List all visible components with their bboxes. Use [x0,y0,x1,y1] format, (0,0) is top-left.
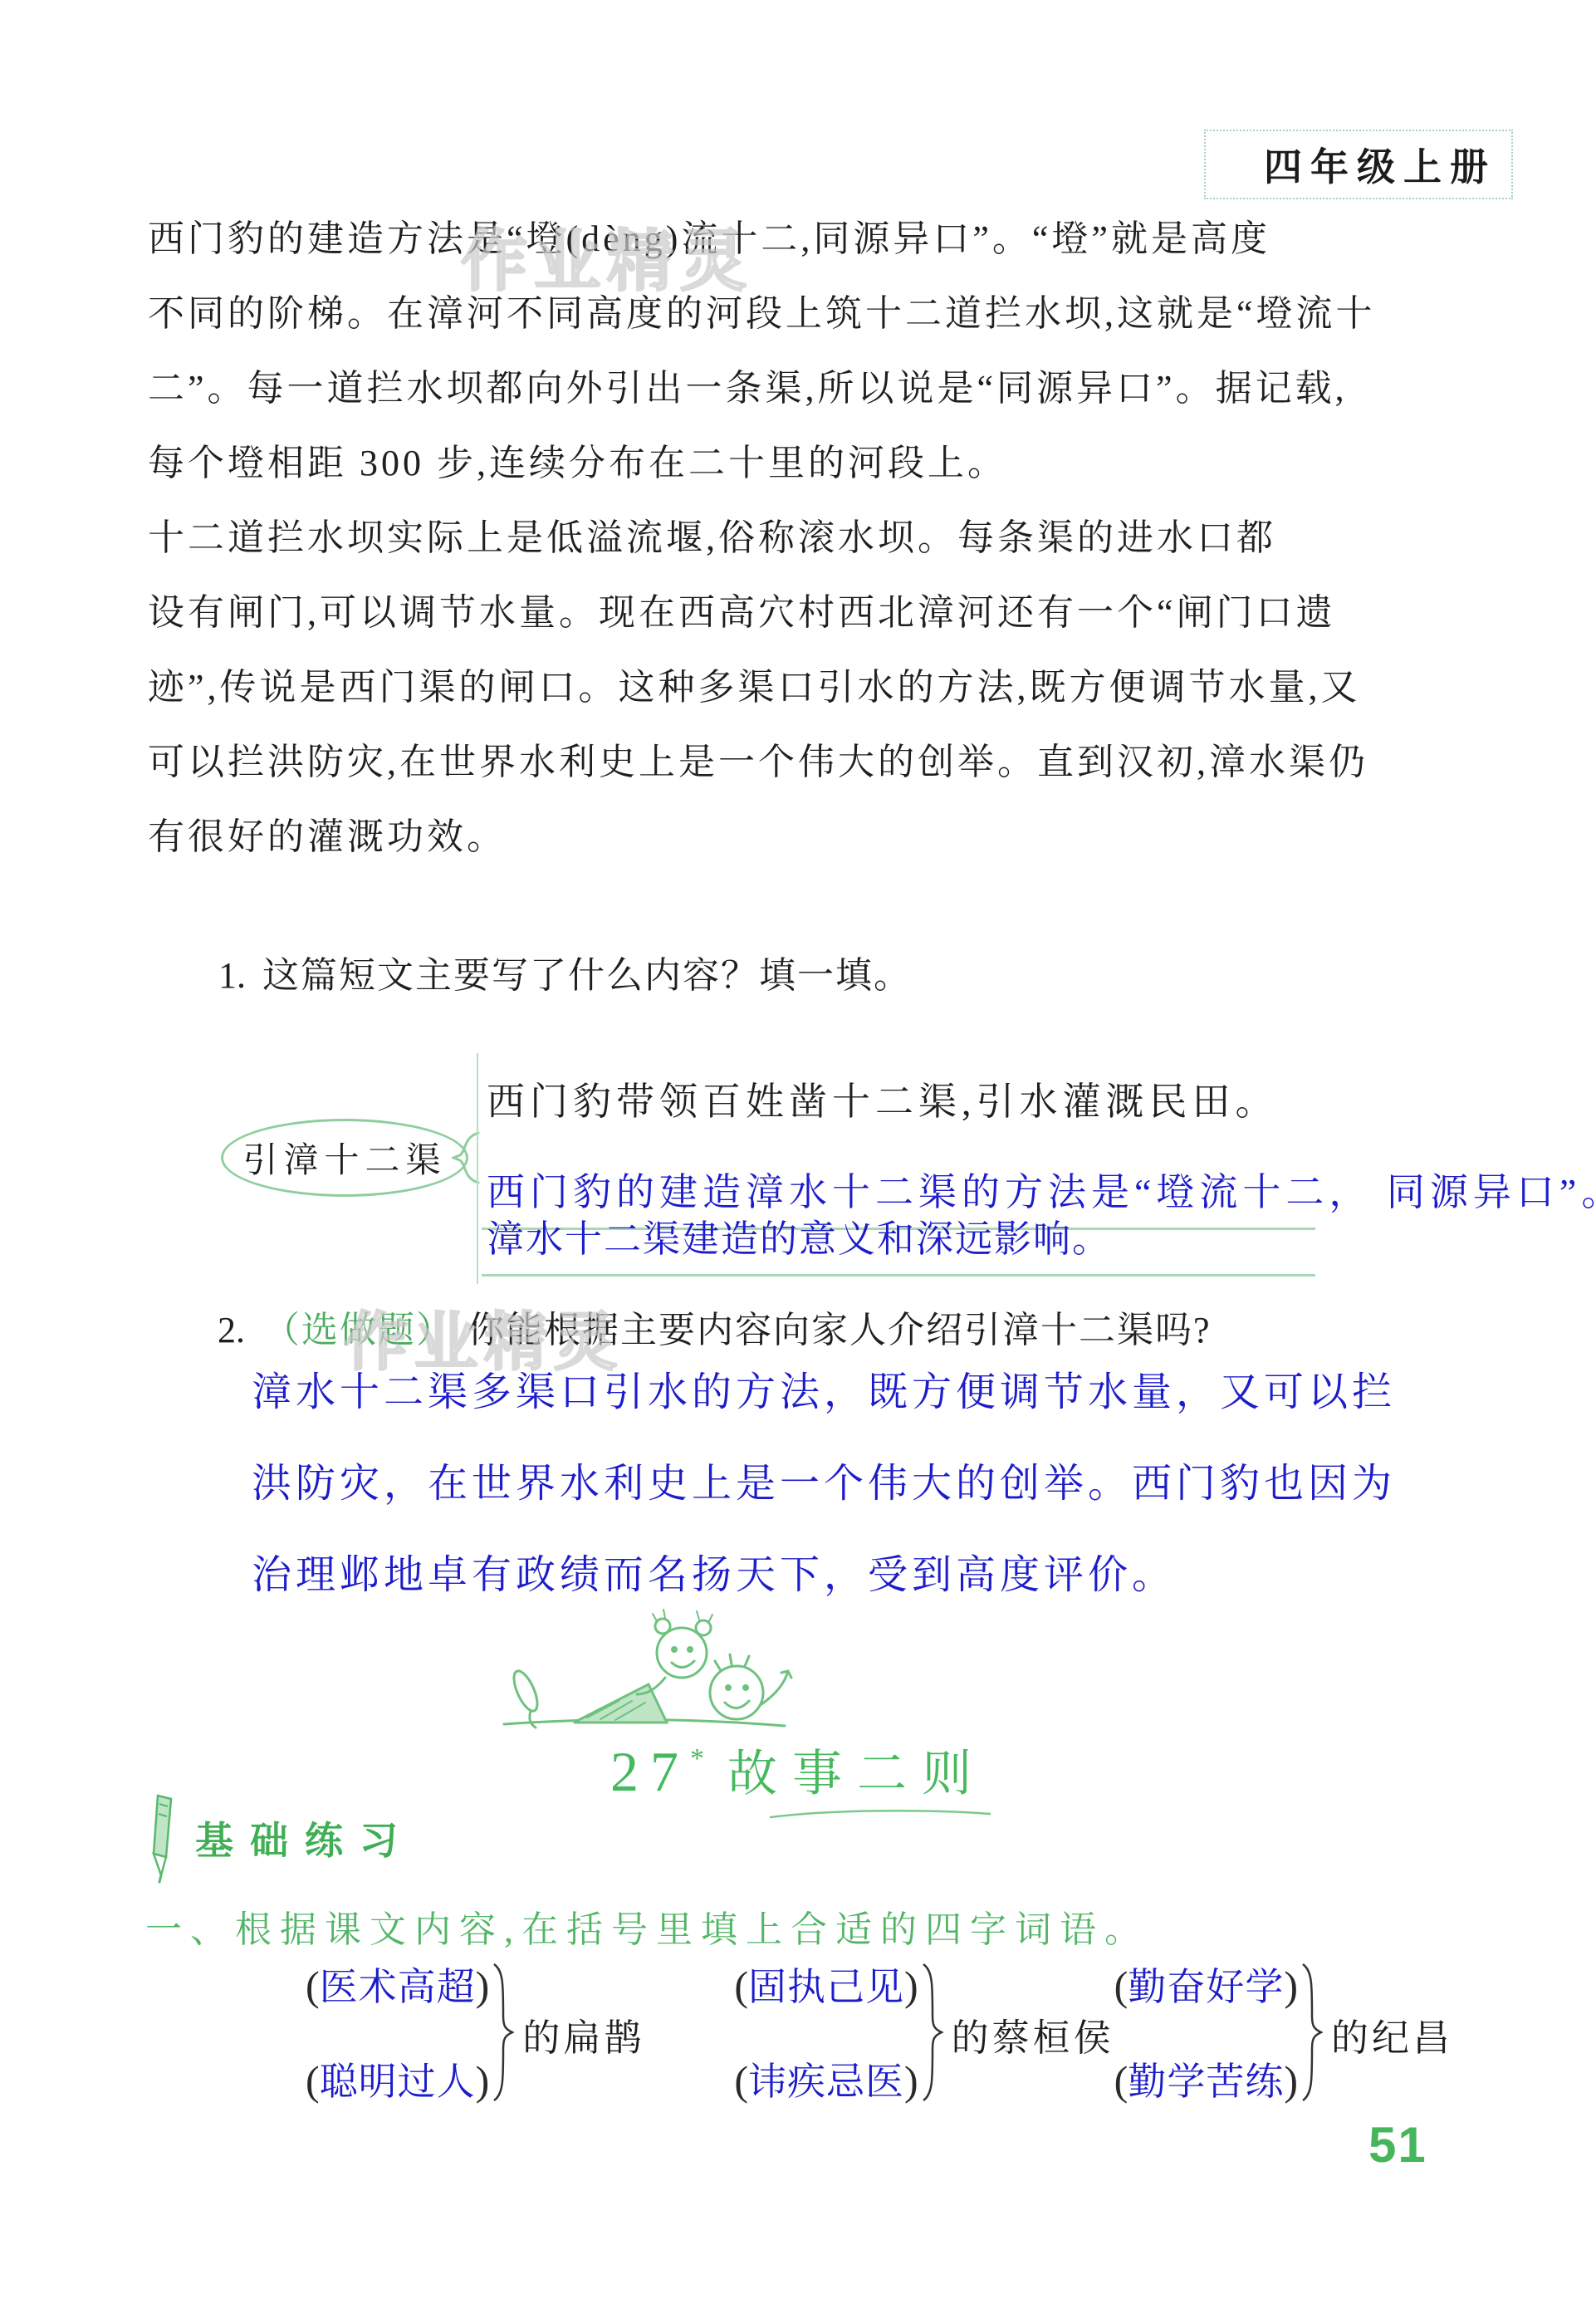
fill-in-words: (固执己见) (讳疾忌医) [734,1964,918,2104]
paren-close: ) [1284,2057,1298,2104]
answer-word: 勤学苦练 [1128,2061,1284,2103]
exercise-1-groups: (医术高超) (聪明过人) 的扁鹊 (固执己见) (讳疾忌医) 的蔡桓侯 [223,1964,1385,2104]
fill-in-word-bottom: (讳疾忌医) [734,2059,918,2104]
header-grade-box: 四年级上册 [1204,130,1513,199]
diagram-row: 西门豹带领百姓凿十二渠,引水灌溉民田。 [487,1079,1558,1125]
paren-close: ) [476,1963,490,2009]
question-2-number: 2. [218,1310,245,1350]
question-1-text: 这篇短文主要写了什么内容？填一填。 [262,955,912,996]
paren-open: ( [1114,2057,1128,2104]
passage-paragraph-1: 西门豹的建造方法是“墱(dèng)流十二,同源异口”。“墱”就是高度不同的阶梯。… [148,202,1376,501]
fill-in-group: (勤奋好学) (勤学苦练) 的纪昌 [1114,1964,1453,2104]
exercise-1-instruction: 一、根据课文内容,在括号里填上合适的四字词语。 [145,1899,1149,1953]
paren-open: ( [734,1963,748,2009]
title-underline-swoosh [769,1807,991,1825]
paren-close: ) [904,1963,918,2009]
right-brace-icon [922,1963,943,2106]
brace-connector-icon [452,1131,480,1188]
answer-word: 勤奋好学 [1128,1966,1284,2008]
lesson-name: 故事二则 [727,1747,986,1801]
diagram-topic-oval: 引漳十二渠 [221,1119,468,1197]
fill-in-words: (勤奋好学) (勤学苦练) [1114,1964,1298,2104]
diagram-row: 西门豹的建造漳水十二渠的方法是“墱流十二， 同源异口”。 [487,1169,1558,1216]
fill-in-word-top: (固执己见) [734,1964,918,2009]
watermark-middle: 作业精灵 [345,1291,624,1382]
passage-line: 不同的阶梯。在漳河不同高度的河段上筑十二道拦水坝,这就是“墱流十 [148,277,1376,351]
lesson-number: 27 [610,1740,690,1803]
answer-line: 洪防灾，在世界水利史上是一个伟大的创举。西门豹也因为 [252,1438,1396,1530]
right-brace-icon [1301,1963,1323,2106]
paren-close: ) [476,2057,490,2104]
fill-in-word-bottom: (勤学苦练) [1114,2059,1298,2104]
passage-line: 每个墱相距 300 步,连续分布在二十里的河段上。 [148,426,1376,501]
passage-line: 有很好的灌溉功效。 [148,800,1368,875]
right-brace-icon [492,1963,514,2106]
fill-in-group: (医术高超) (聪明过人) 的扁鹊 [306,1964,644,2104]
paren-close: ) [1284,1963,1298,2009]
lesson-star: * [690,1743,704,1774]
page-number: 51 [1368,2116,1427,2174]
paren-open: ( [734,2057,748,2104]
paren-open: ( [1114,1963,1128,2009]
question-2-answer: 漳水十二渠多渠口引水的方法，既方便调节水量，又可以拦洪防灾，在世界水利史上是一个… [252,1347,1396,1621]
pencil-icon [143,1792,183,1889]
passage-line: 设有闸门,可以调节水量。现在西高穴村西北漳河还有一个“闸门口遗 [148,576,1368,650]
lesson-title: 27*故事二则 [610,1734,986,1806]
passage-line: 二”。每一道拦水坝都向外引出一条渠,所以说是“同源异口”。据记载, [148,351,1376,426]
paren-close: ) [904,2057,918,2104]
fill-in-suffix: 的扁鹊 [522,2007,644,2061]
fill-in-suffix: 的纪昌 [1331,2007,1453,2061]
fill-in-suffix: 的蔡桓侯 [952,2007,1114,2061]
fill-in-words: (医术高超) (聪明过人) [306,1964,489,2104]
passage-line: 西门豹的建造方法是“墱(dèng)流十二,同源异口”。“墱”就是高度 [148,202,1376,277]
passage-line: 十二道拦水坝实际上是低溢流堰,俗称滚水坝。每条渠的进水口都 [148,501,1368,576]
passage-line: 迹”,传说是西门渠的闸口。这种多渠口引水的方法,既方便调节水量,又 [148,650,1368,725]
watermark-top: 作业精灵 [461,208,753,303]
fill-in-word-top: (医术高超) [306,1964,489,2009]
question-1: 1.这篇短文主要写了什么内容？填一填。 [218,945,912,998]
passage-line: 可以拦洪防灾,在世界水利史上是一个伟大的创举。直到汉初,漳水渠仍 [148,725,1368,800]
answer-word: 聪明过人 [320,2061,476,2103]
paren-open: ( [306,1963,320,2009]
section-title: 基础练习 [195,1811,414,1865]
answer-word: 医术高超 [320,1966,476,2008]
fill-in-word-bottom: (聪明过人) [306,2059,489,2104]
textbook-page: 四年级上册 作业精灵 作业精灵 西门豹的建造方法是“墱(dèng)流十二,同源异… [0,0,1596,2323]
kids-illustration-icon [494,1601,851,1738]
grade-label: 四年级上册 [1264,137,1496,192]
answer-word: 讳疾忌医 [748,2061,904,2103]
diagram-vertical-line [477,1053,478,1284]
passage-paragraph-2: 十二道拦水坝实际上是低溢流堰,俗称滚水坝。每条渠的进水口都设有闸门,可以调节水量… [148,501,1368,875]
answer-word: 固执己见 [748,1966,904,2008]
paren-open: ( [306,2057,320,2104]
diagram-row: 漳水十二渠建造的意义和深远影响。 [487,1216,1558,1262]
fill-in-group: (固执己见) (讳疾忌医) 的蔡桓侯 [734,1964,1114,2104]
diagram-rows: 西门豹带领百姓凿十二渠,引水灌溉民田。西门豹的建造漳水十二渠的方法是“墱流十二，… [487,1040,1558,1262]
fill-in-word-top: (勤奋好学) [1114,1964,1298,2009]
question-1-number: 1. [218,955,246,996]
diagram-topic-label: 引漳十二渠 [242,1133,446,1183]
